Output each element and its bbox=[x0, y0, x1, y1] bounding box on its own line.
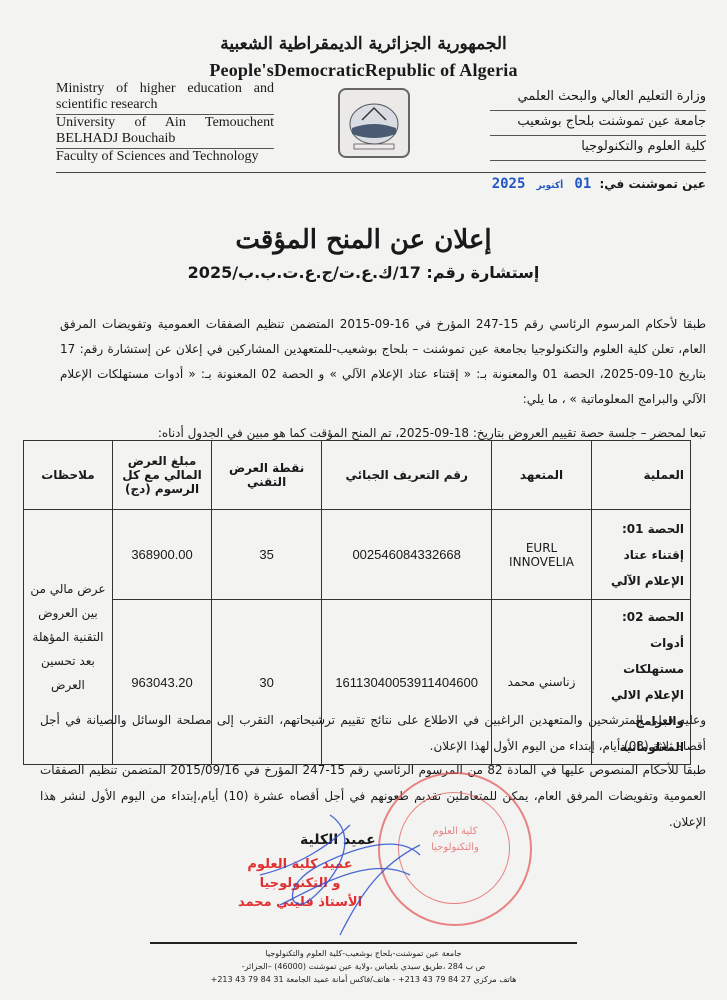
footer-line-2: ص ب 284 ،طريق سيدي بلعباس ،ولاية عين تمو… bbox=[150, 960, 577, 973]
date-line: عين تموشنت في: 01 أكتوبر 2025 bbox=[400, 176, 706, 192]
university-ar: جامعة عين تموشنت بلحاج بوشعيب bbox=[490, 111, 706, 136]
country-title-arabic: الجمهورية الجزائرية الديمقراطية الشعبية bbox=[0, 34, 727, 54]
footer: جامعة عين تموشنت-بلحاج بوشعيب-كلية العلو… bbox=[150, 947, 577, 986]
header-bidder: المتعهد bbox=[492, 441, 591, 510]
university-en: University of Ain Temouchent BELHADJ Bou… bbox=[56, 115, 274, 149]
country-title-english: People'sDemocraticRepublic of Algeria bbox=[0, 60, 727, 81]
consultation-paragraph: وعليه فعلى المترشحين والمتعهدين الراغبين… bbox=[40, 707, 706, 759]
date-year: 2025 bbox=[492, 176, 526, 192]
header-operation: العملية bbox=[591, 441, 690, 510]
faculty-en: Faculty of Sciences and Technology bbox=[56, 149, 274, 166]
header-technical-score: نقطة العرض التقني bbox=[212, 441, 322, 510]
header-amount: مبلغ العرض المالي مع كل الرسوم (دج) bbox=[112, 441, 211, 510]
page-title: إعلان عن المنح المؤقت bbox=[0, 225, 727, 255]
header-notes: ملاحظات bbox=[24, 441, 113, 510]
row1-operation: الحصة 01: إقتناء عتاد الإعلام الآلي bbox=[591, 510, 690, 600]
university-logo-icon bbox=[338, 88, 410, 158]
header-right-block: وزارة التعليم العالي والبحث العلمي جامعة… bbox=[490, 86, 706, 161]
row1-bidder: EURL INNOVELIA bbox=[492, 510, 591, 600]
signature-icon bbox=[220, 805, 440, 945]
table-header-row: العملية المتعهد رقم التعريف الجبائي نقطة… bbox=[24, 441, 691, 510]
consultation-number: إستشارة رقم: 17/ك.ع.ت/ج.ع.ت.ب.ب/2025 bbox=[0, 263, 727, 282]
footer-divider bbox=[150, 942, 577, 944]
date-label: عين تموشنت في: bbox=[599, 177, 706, 191]
table-row: الحصة 01: إقتناء عتاد الإعلام الآلي EURL… bbox=[24, 510, 691, 600]
row1-tax-id: 002546084332668 bbox=[321, 510, 491, 600]
intro-paragraph: طبقا لأحكام المرسوم الرئاسي رقم 15-247 ا… bbox=[60, 312, 706, 412]
ministry-ar: وزارة التعليم العالي والبحث العلمي bbox=[490, 86, 706, 111]
row1-technical-score: 35 bbox=[212, 510, 322, 600]
date-month: أكتوبر bbox=[537, 181, 564, 191]
faculty-ar: كلية العلوم والتكنولوجيا bbox=[490, 136, 706, 161]
header-left-block: Ministry of higher education and scienti… bbox=[56, 81, 274, 166]
row1-amount: 368900.00 bbox=[112, 510, 211, 600]
date-day: 01 bbox=[574, 176, 591, 192]
footer-line-3: هاتف مرکزي 27 84 79 43 213+ - هاتف/فاكس … bbox=[150, 973, 577, 986]
ministry-en: Ministry of higher education and scienti… bbox=[56, 81, 274, 115]
header-divider bbox=[56, 172, 706, 173]
footer-line-1: جامعة عين تموشنت-بلحاج بوشعيب-كلية العلو… bbox=[150, 947, 577, 960]
header-tax-id: رقم التعريف الجبائي bbox=[321, 441, 491, 510]
